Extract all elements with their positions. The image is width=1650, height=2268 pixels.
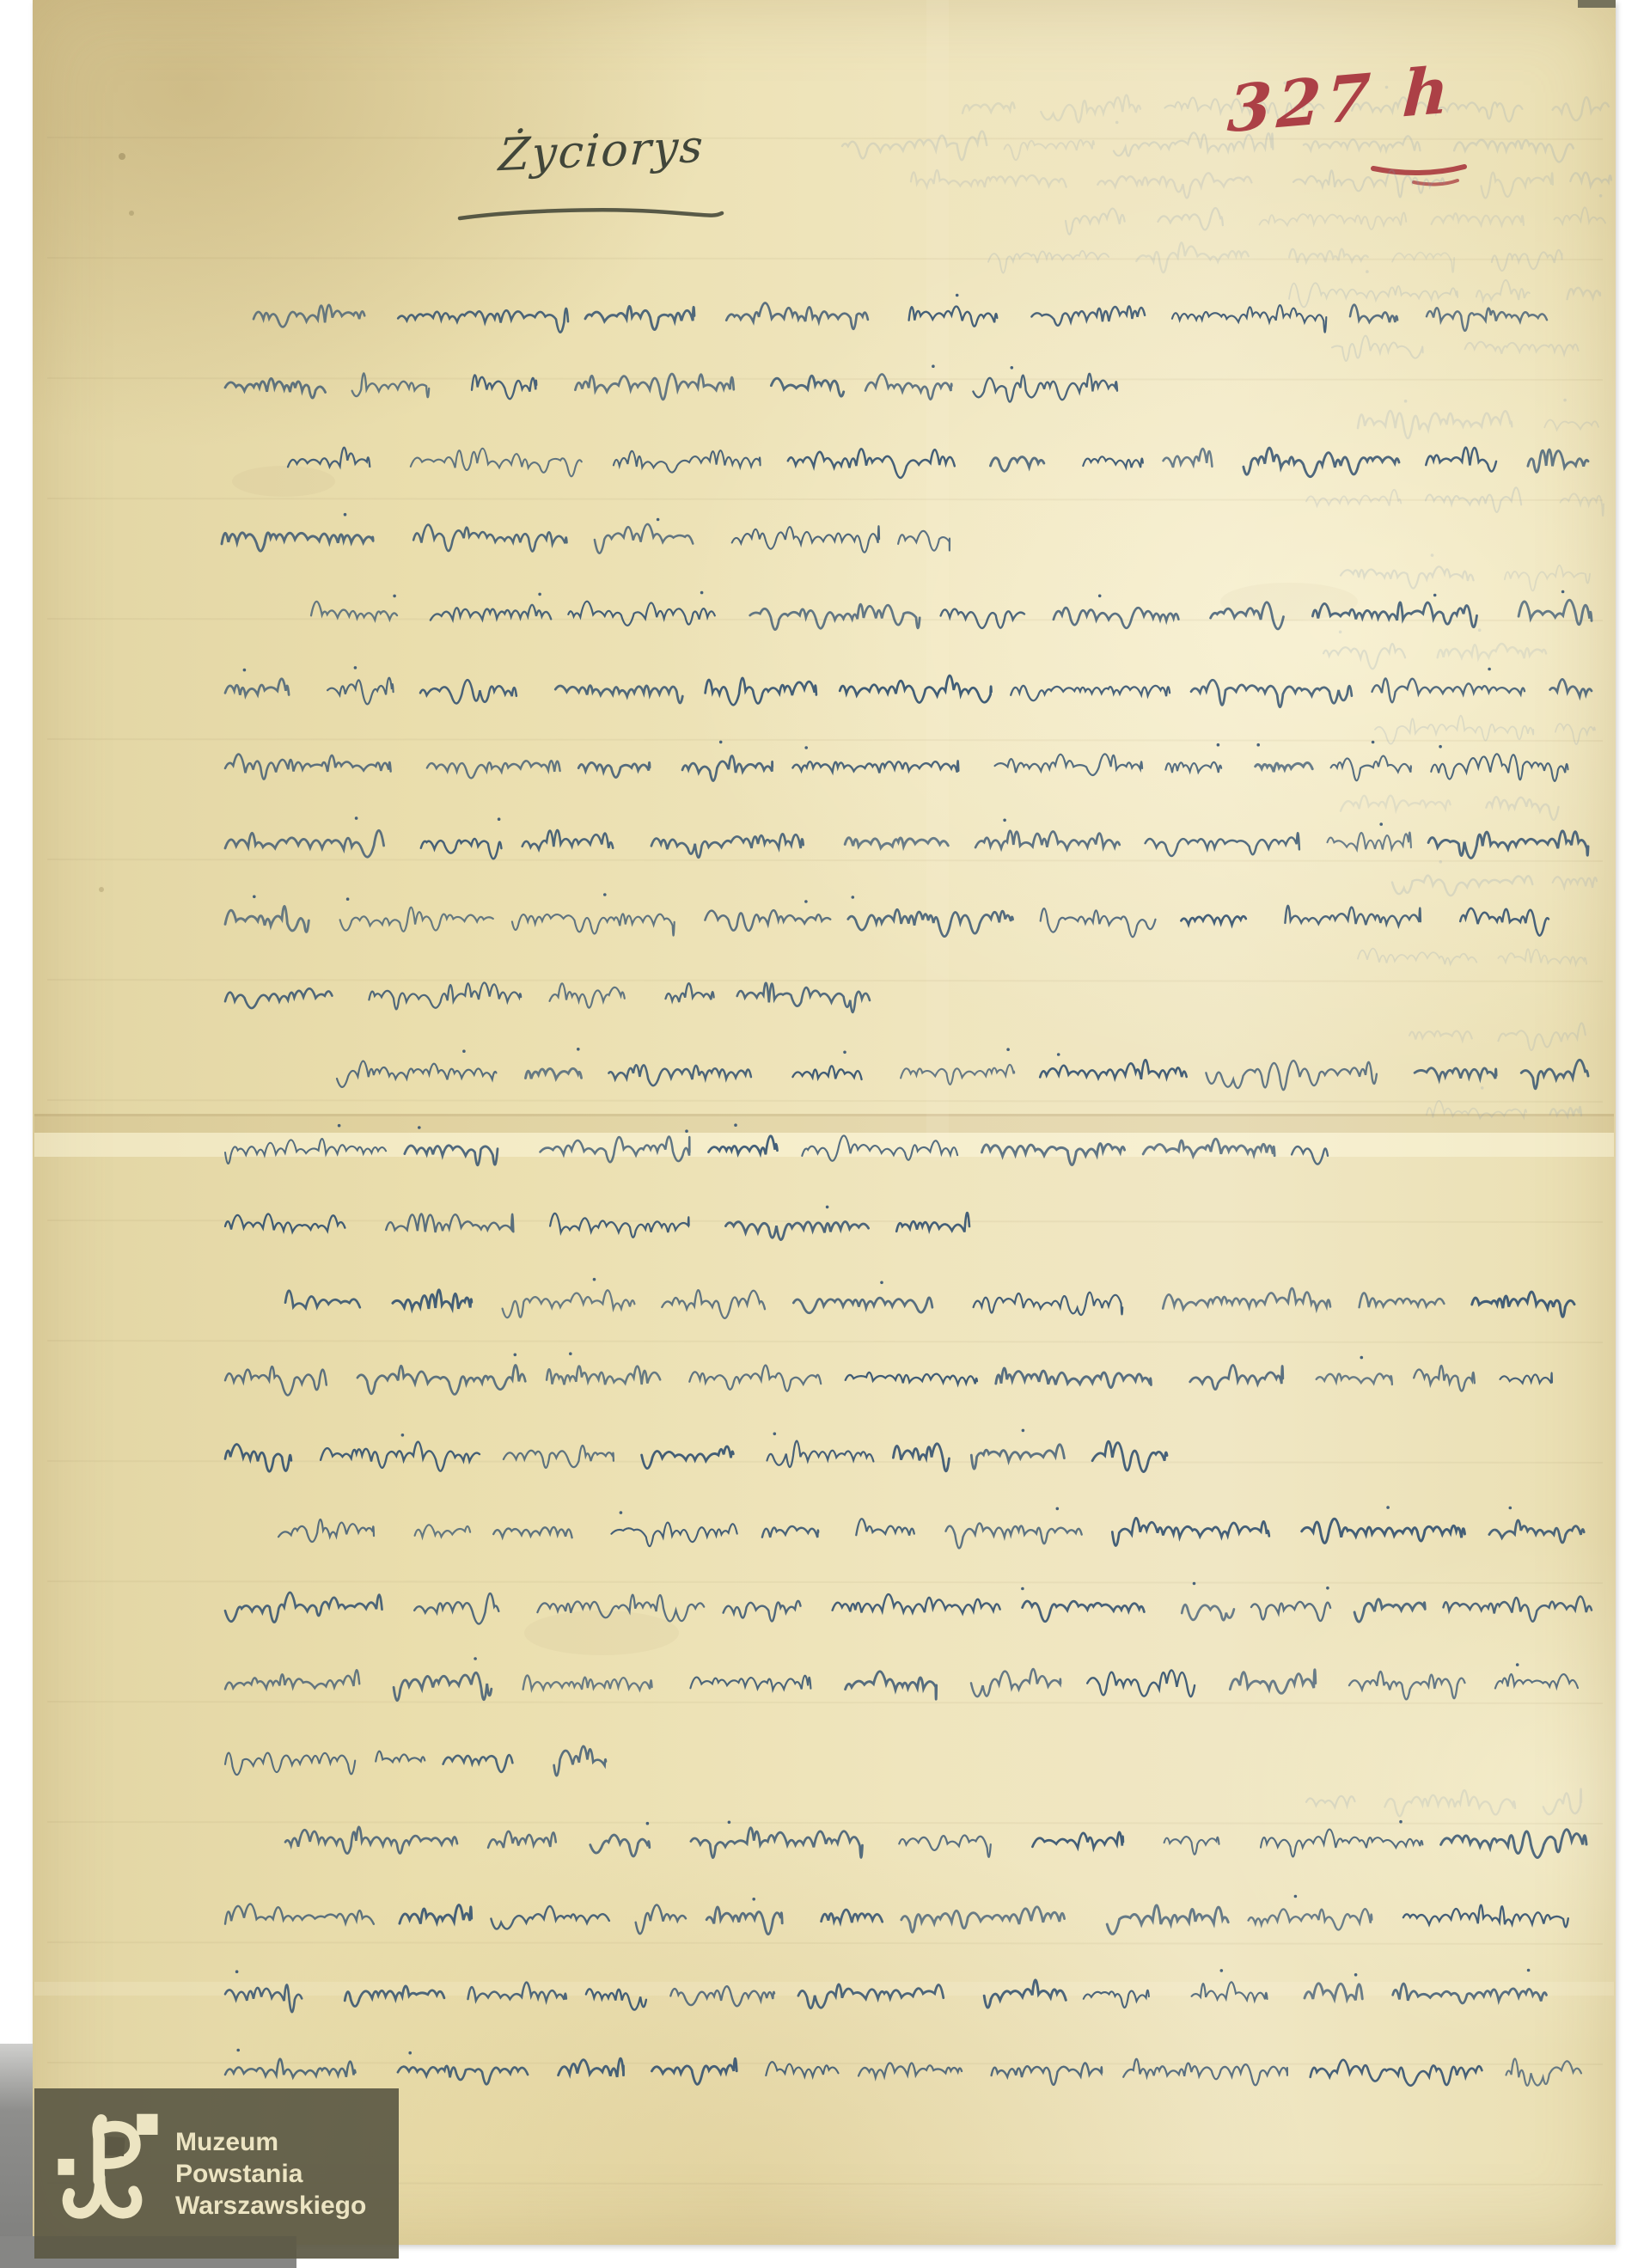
museum-name-line-1: Muzeum <box>175 2126 366 2158</box>
document-title: Życiorys <box>480 120 723 182</box>
museum-name-line-2: Powstania <box>175 2158 366 2190</box>
handwriting-ink-layer <box>0 0 1650 2268</box>
museum-name: Muzeum Powstania Warszawskiego <box>175 2126 366 2222</box>
museum-name-line-3: Warszawskiego <box>175 2190 366 2222</box>
title-underline <box>460 210 722 218</box>
fold-crease <box>34 1114 1614 1157</box>
vertical-tonal-band <box>926 0 949 1160</box>
museum-watermark: Muzeum Powstania Warszawskiego <box>34 2088 399 2259</box>
kotwica-pw-icon <box>53 2106 162 2240</box>
scan-background-left-edge <box>0 2044 33 2268</box>
